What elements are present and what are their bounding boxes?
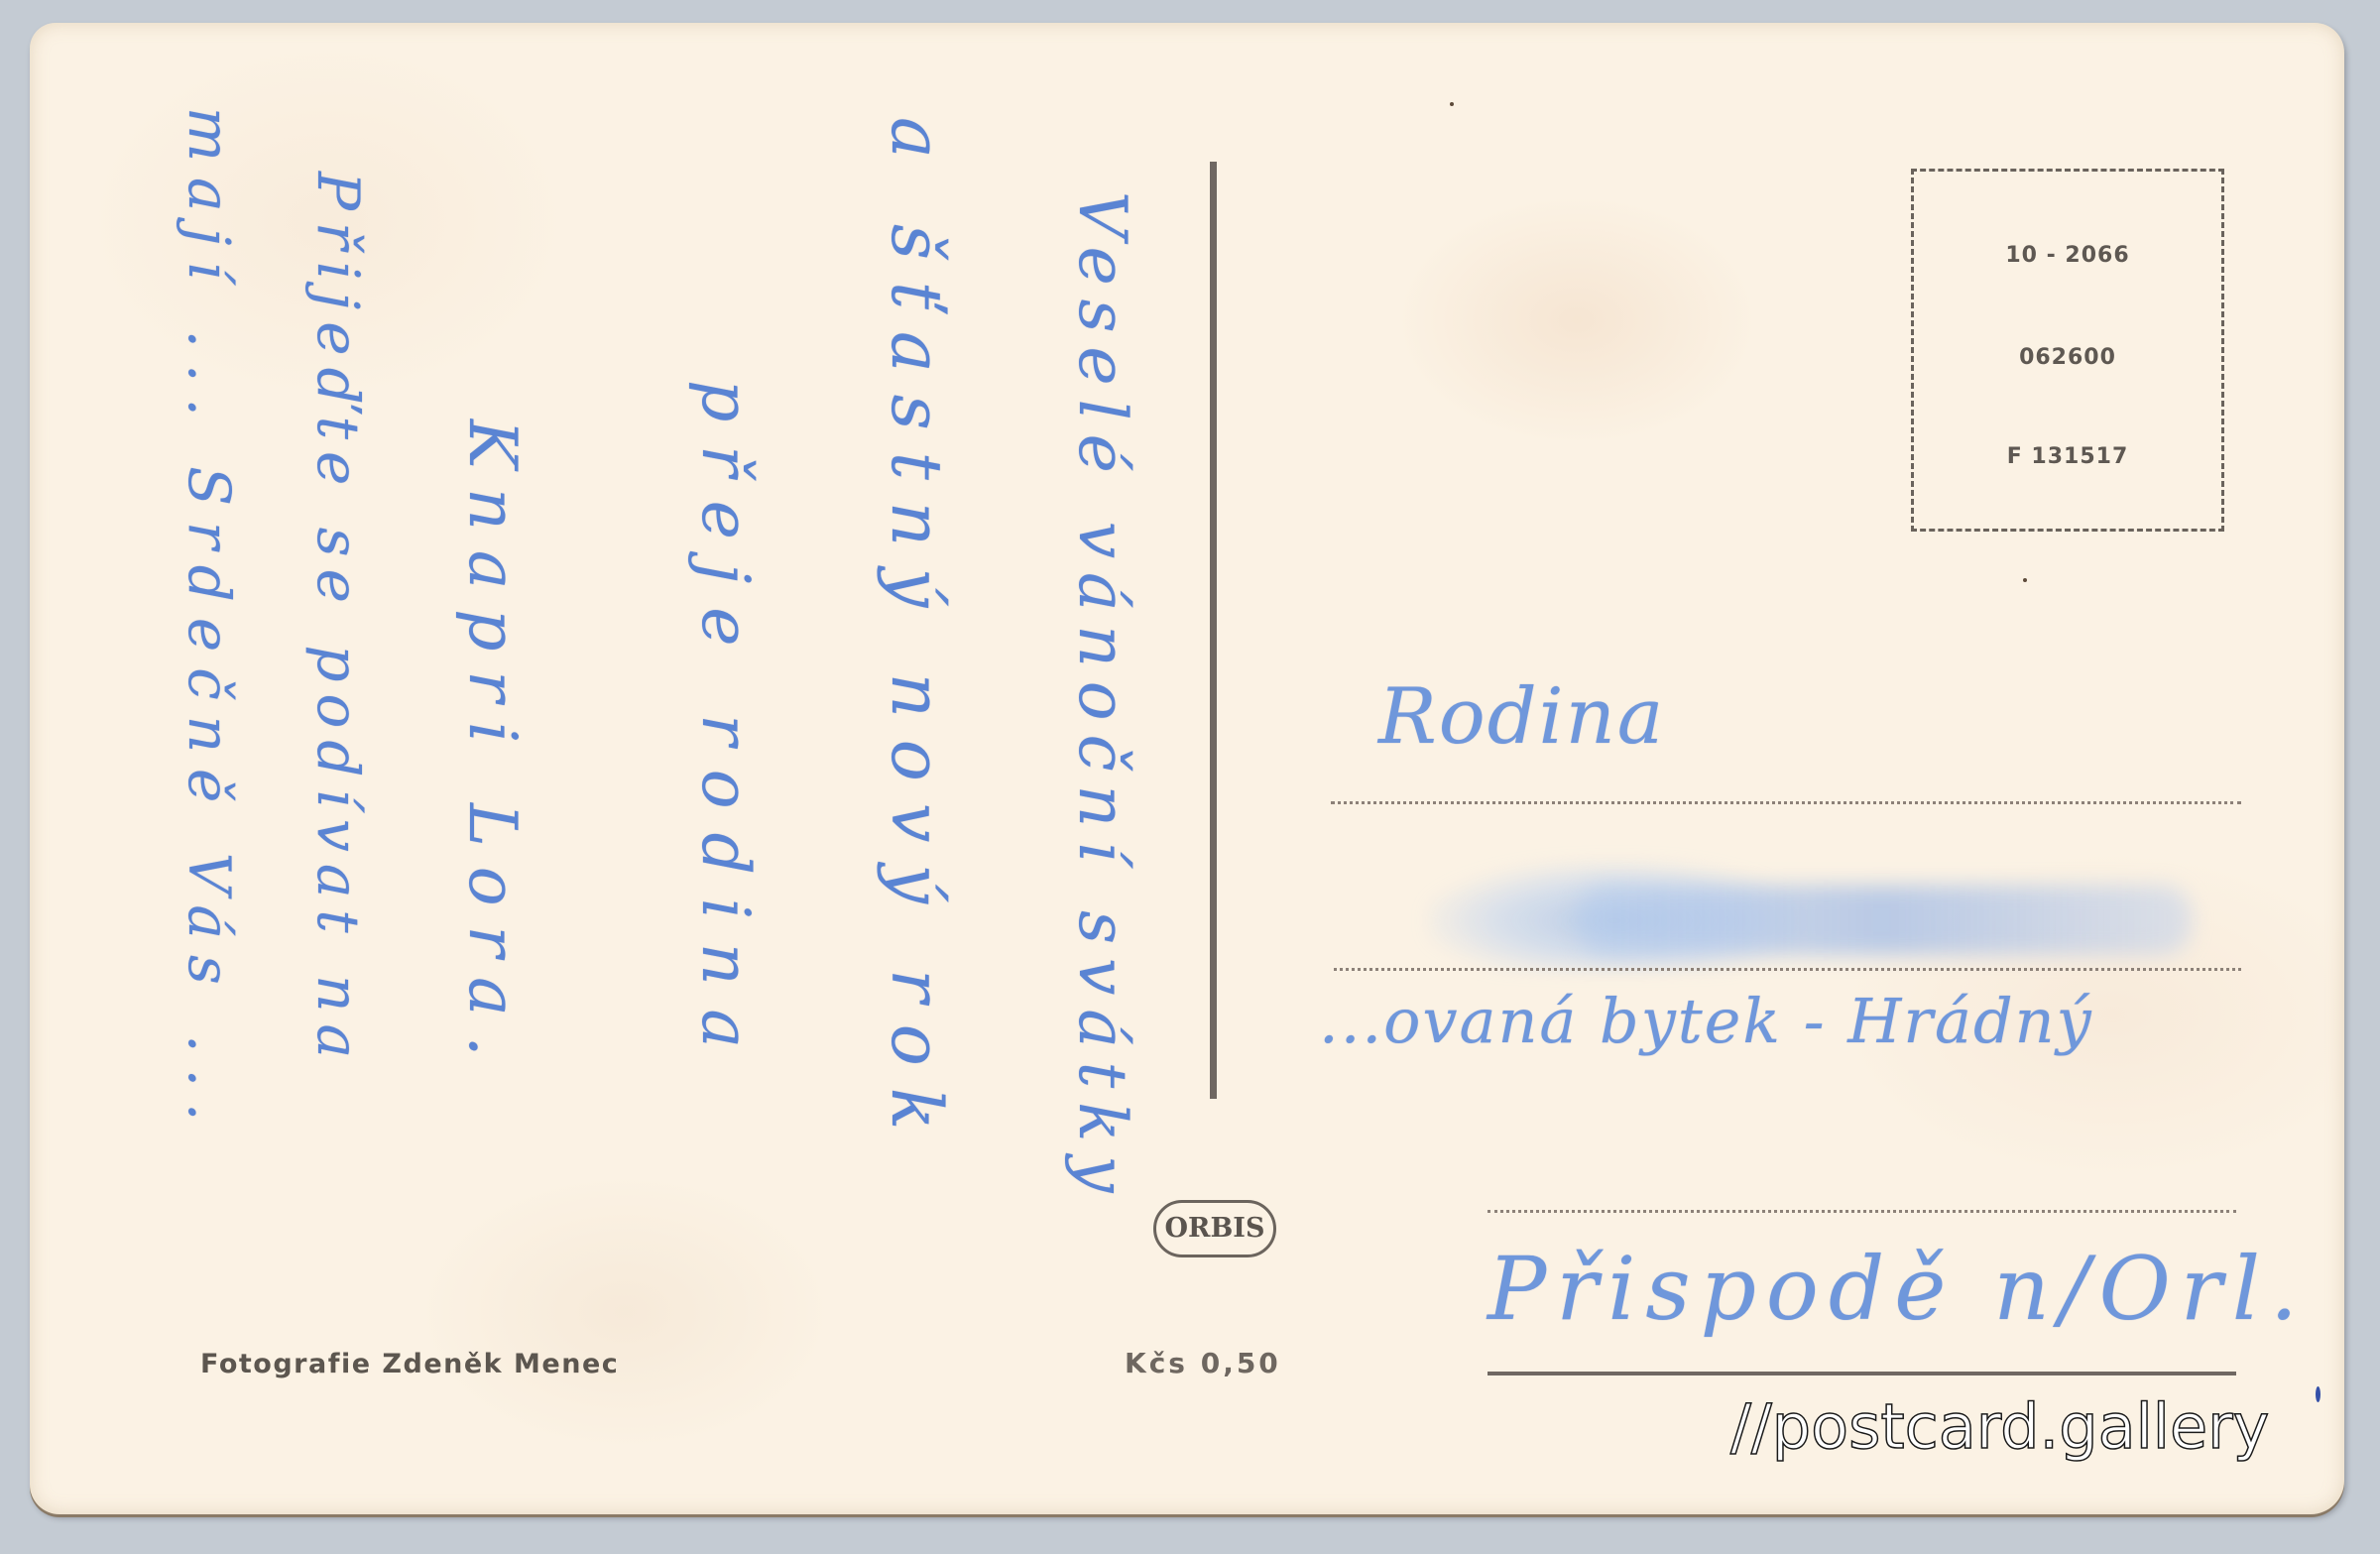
message-line-5: Přijeďte se podívat na [304, 172, 372, 1070]
address-line-4 [1487, 1372, 2236, 1375]
address-recipient: Rodina [1378, 672, 1665, 762]
message-line-2: a šťastný nový rok [876, 117, 957, 1151]
center-divider [1210, 162, 1217, 1099]
stamp-code-line-3: F 131517 [1914, 444, 2221, 469]
price-label: Kčs 0,50 [1125, 1347, 1281, 1379]
watermark: //postcard.gallery [1730, 1390, 2269, 1463]
photographer-credit: Fotografie Zdeněk Menec [200, 1349, 619, 1379]
publisher-logo: ORBIS [1153, 1200, 1276, 1257]
paper-speck [2023, 578, 2027, 582]
paper-speck [2316, 1386, 2320, 1402]
redacted-street-blur [1577, 886, 2192, 955]
stamp-box: 10 - 2066 062600 F 131517 [1911, 169, 2224, 532]
address-city: Přispodě n/Orl. [1487, 1238, 2308, 1340]
message-line-3: přeje rodina [687, 380, 764, 1072]
stamp-code-line-2: 062600 [1914, 345, 2221, 370]
stamp-code-line-1: 10 - 2066 [1914, 243, 2221, 268]
message-line-6: mají ... Srdečně Vás ... [176, 107, 243, 1136]
address-line-2 [1334, 968, 2241, 971]
postcard: Veselé vánoční svátky a šťastný nový rok… [30, 23, 2344, 1514]
message-line-1: Veselé vánoční svátky [1064, 191, 1140, 1206]
paper-speck [1450, 102, 1454, 106]
address-line-3 [1487, 1210, 2236, 1213]
address-line-2-text: ...ovaná bytek - Hrádný [1319, 985, 2093, 1057]
address-line-1 [1331, 801, 2241, 804]
message-line-4: Knapri Lora. [454, 419, 531, 1077]
